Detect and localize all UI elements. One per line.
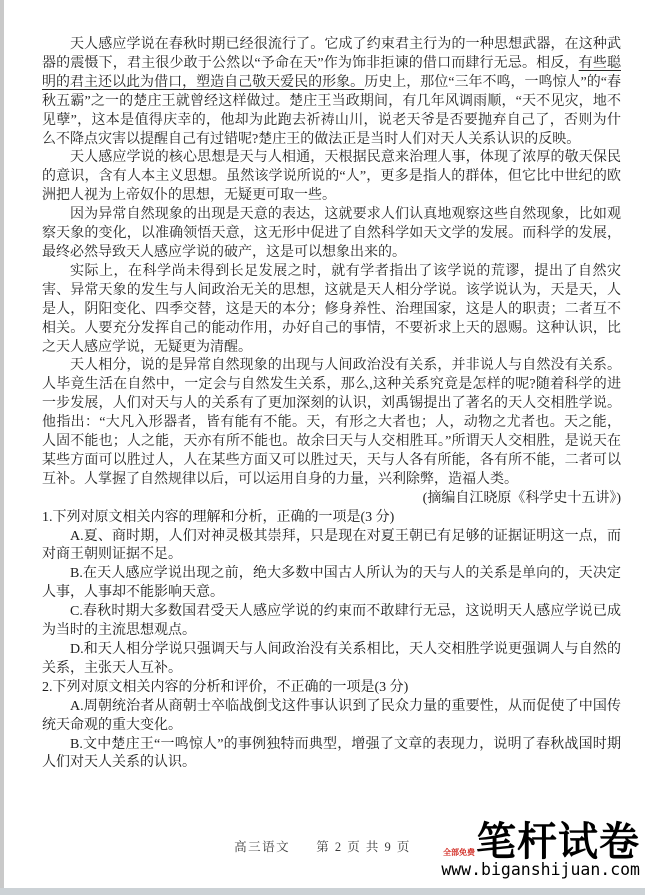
- question-1-option-a: A.夏、商时期，人们对神灵极其崇拜，只是现在对夏王朝已有足够的证据证明这一点，而…: [42, 528, 621, 566]
- passage-paragraph-5: 天人相分，说的是异常自然现象的出现与人间政治没有关系，并非说人与自然没有关系。人…: [42, 357, 621, 489]
- footer-page-number: 第 2 页 共 9 页: [316, 840, 411, 854]
- passage-paragraph-2: 天人感应学说的核心思想是天与人相通，天根据民意来治理人事，体现了浓厚的敬天保民的…: [42, 149, 621, 206]
- question-1-option-c: C.春秋时期大多数国君受天人感应学说的约束而不敢肆行无忌，这说明天人感应学说已成…: [42, 603, 621, 641]
- exam-page: 天人感应学说在春秋时期已经很流行了。它成了约束君主行为的一种思想武器，在这种武器…: [0, 0, 645, 895]
- passage-attribution: (摘编自江晓原《科学史十五讲》): [42, 490, 621, 509]
- passage-paragraph-3: 因为异常自然现象的出现是天意的表达，这就要求人们认真地观察这些自然现象，比如观察…: [42, 206, 621, 263]
- question-1-stem: 1.下列对原文相关内容的理解和分析，正确的一项是(3 分): [42, 509, 621, 528]
- question-1-option-b: B.在天人感应学说出现之前，绝大多数中国古人所认为的天与人的关系是单向的，天决定…: [42, 565, 621, 603]
- scan-edge-bottom: [0, 888, 645, 895]
- question-1-option-d: D.和天人相分学说只强调天与人间政治没有关系相比，天人交相胜学说更强调人与自然的…: [42, 641, 621, 679]
- biganshijuan-watermark: 全部免费 笔杆试卷 www.biganshijuan.com: [441, 824, 640, 880]
- footer-course-label: 高三语文: [234, 840, 290, 854]
- watermark-brand-row: 全部免费 笔杆试卷: [441, 824, 640, 861]
- question-2-option-a: A.周朝统治者从商朝士卒临战倒戈这件事认识到了民众力量的重要性，从而促使了中国传…: [42, 698, 621, 736]
- passage-paragraph-4: 实际上，在科学尚未得到长足发展之时，就有学者指出了该学说的荒谬，提出了自然灾害、…: [42, 263, 621, 358]
- paragraph-1-pre: 天人感应学说在春秋时期已经很流行了。它成了约束君主行为的一种思想武器，在这种武器…: [42, 37, 621, 71]
- scan-edge-left: [0, 0, 4, 895]
- question-2-stem: 2.下列对原文相关内容的分析和评价，不正确的一项是(3 分): [42, 679, 621, 698]
- watermark-brand-logo: 笔杆试卷: [476, 824, 640, 861]
- watermark-url: www.biganshijuan.com: [441, 861, 640, 880]
- passage-paragraph-1: 天人感应学说在春秋时期已经很流行了。它成了约束君主行为的一种思想武器，在这种武器…: [42, 36, 621, 149]
- question-2-option-b: B.文中楚庄王“一鸣惊人”的事例独特而典型，增强了文章的表现力，说明了春秋战国时…: [42, 736, 621, 774]
- page-content: 天人感应学说在春秋时期已经很流行了。它成了约束君主行为的一种思想武器，在这种武器…: [42, 36, 621, 773]
- watermark-tagline: 全部免费: [443, 849, 475, 857]
